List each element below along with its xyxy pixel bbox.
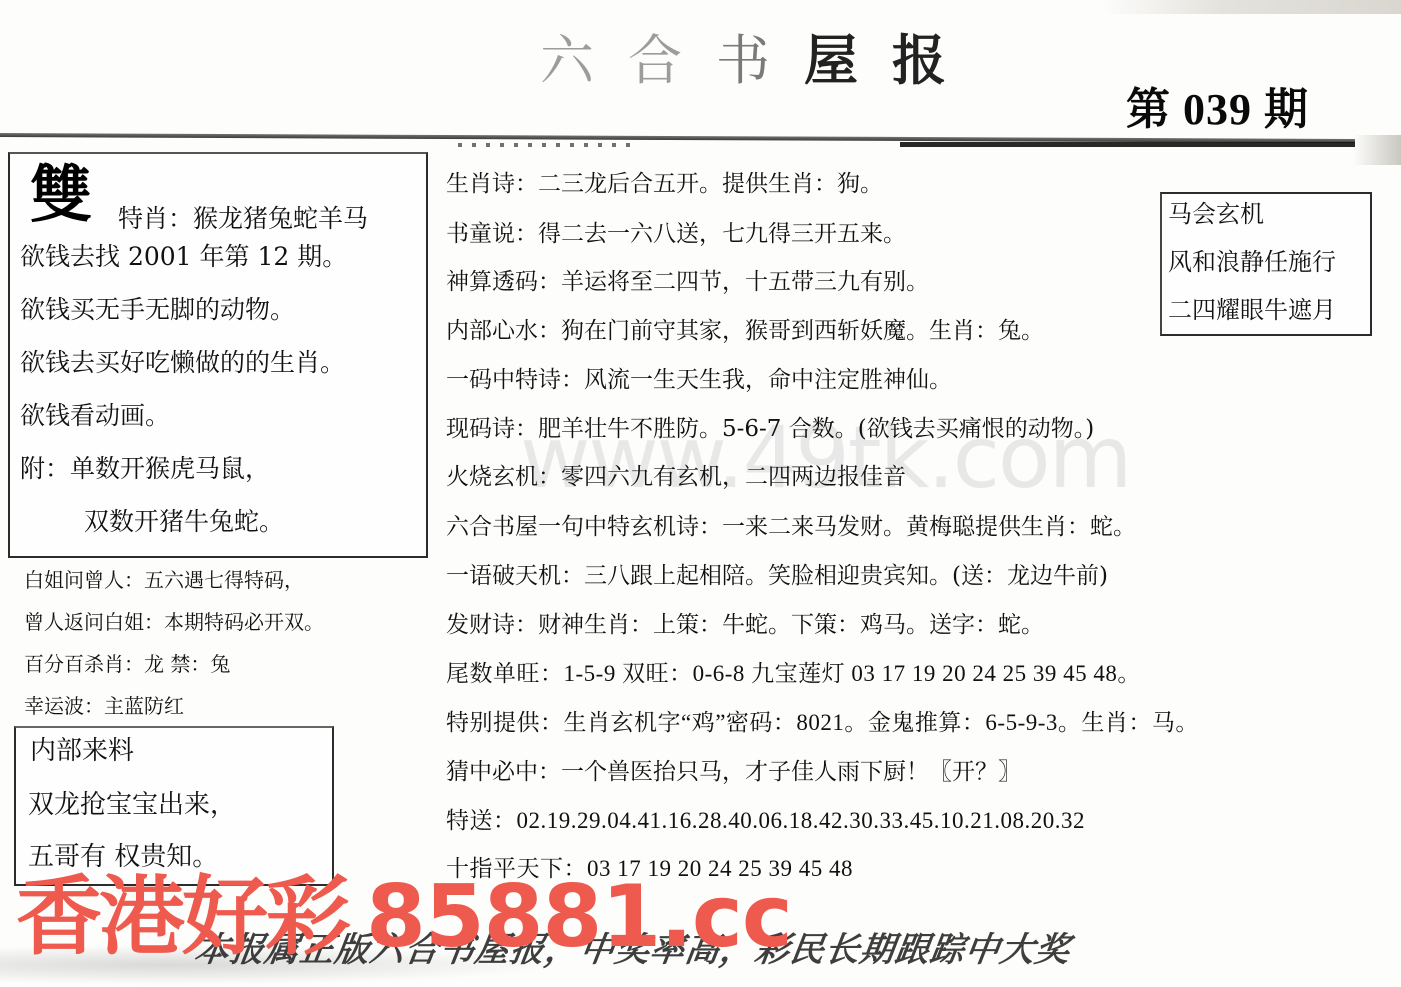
- lucky-color-line: 幸运波：主蓝防红: [24, 692, 184, 720]
- masthead-char: 六: [540, 26, 594, 96]
- horse-club-title: 马会玄机: [1168, 198, 1264, 230]
- promo-brand: 香港好彩: [16, 867, 348, 967]
- fortune-poem-line: 发财诗：财神生肖：上策：牛蛇。下策：鸡马。送字：蛇。: [446, 609, 1044, 641]
- double-glyph: 雙: [30, 160, 92, 230]
- horse-club-line: 二四耀眼牛遮月: [1168, 294, 1336, 326]
- dialogue-line: 曾人返问白姐：本期特码必开双。: [24, 608, 324, 636]
- bookhouse-poem-line: 六合书屋一句中特玄机诗：一来二来马发财。黄梅聪提供生肖：蛇。: [446, 511, 1136, 543]
- dialogue-line: 白姐问曾人：五六遇七得特码，: [24, 566, 304, 594]
- tail-number-line: 尾数单旺：1-5-9 双旺：0-6-8 九宝莲灯 03 17 19 20 24 …: [446, 658, 1141, 690]
- one-code-poem-line: 一码中特诗：风流一生天生我，命中注定胜神仙。: [446, 364, 952, 396]
- masthead-char: 合: [628, 26, 682, 96]
- issue-number: 第 039 期: [1126, 80, 1309, 140]
- promo-url: 85881.cc: [366, 867, 792, 967]
- inside-tip-line: 内部心水：狗在门前守其家，猴哥到西斩妖魔。生肖：兔。: [446, 315, 1044, 347]
- masthead-char: 书: [716, 26, 770, 96]
- appendix-line: 双数开猪牛兔蛇。: [84, 505, 284, 539]
- masthead-title: 六 合 书 屋 报: [540, 26, 1010, 96]
- appendix-line: 附：单数开猴虎马鼠，: [20, 452, 270, 486]
- riddle-line: 欲钱看动画。: [20, 399, 170, 433]
- guess-line: 猜中必中：一个兽医抬只马，才子佳人雨下厨！〖开？〗: [446, 756, 1021, 788]
- scan-noise: [1101, 0, 1401, 14]
- special-offer-line: 特别提供：生肖玄机字“鸡”密码：8021。金鬼推算：6-5-9-3。生肖：马。: [446, 707, 1199, 739]
- newspaper-page: 六 合 书 屋 报 第 039 期 雙 特肖：猴龙猪兔蛇羊马 欲钱去找 2001…: [0, 0, 1401, 987]
- special-numbers-line: 特送：02.19.29.04.41.16.28.40.06.18.42.30.3…: [446, 805, 1085, 837]
- current-code-poem-line: 现码诗：肥羊壮牛不胜防。5-6-7 合数。(欲钱去买痛恨的动物。): [446, 413, 1094, 445]
- fire-mystery-line: 火烧玄机：零四六九有玄机，二四两边报佳音: [446, 461, 906, 493]
- riddle-line: 欲钱买无手无脚的动物。: [20, 293, 295, 327]
- masthead-char: 屋: [804, 26, 858, 96]
- kill-zodiac-line: 百分百杀肖：龙 禁：兔: [24, 650, 230, 678]
- scan-edge: [1353, 135, 1401, 165]
- inside-info-title: 内部来料: [30, 733, 134, 769]
- riddle-line: 欲钱去找 2001 年第 12 期。: [20, 240, 347, 274]
- inside-info-line: 双龙抢宝宝出来，: [28, 787, 236, 823]
- one-word-line: 一语破天机：三八跟上起相陪。笑脸相迎贵宾知。(送：龙边牛前): [446, 560, 1108, 592]
- header-divider-thick: [900, 142, 1355, 147]
- special-zodiac-line: 特肖：猴龙猪兔蛇羊马: [118, 202, 368, 236]
- masthead-char: 报: [892, 26, 946, 96]
- promo-watermark: 香港好彩85881.cc: [16, 862, 792, 972]
- book-boy-line: 书童说：得二去一六八送，七九得三开五来。: [446, 218, 906, 250]
- riddle-line: 欲钱去买好吃懒做的的生肖。: [20, 346, 345, 380]
- horse-club-line: 风和浪静任施行: [1168, 246, 1336, 278]
- divine-code-line: 神算透码：羊运将至二四节，十五带三九有别。: [446, 266, 929, 298]
- zodiac-poem-line: 生肖诗：二三龙后合五开。提供生肖：狗。: [446, 168, 883, 200]
- dotted-divider: [458, 143, 638, 147]
